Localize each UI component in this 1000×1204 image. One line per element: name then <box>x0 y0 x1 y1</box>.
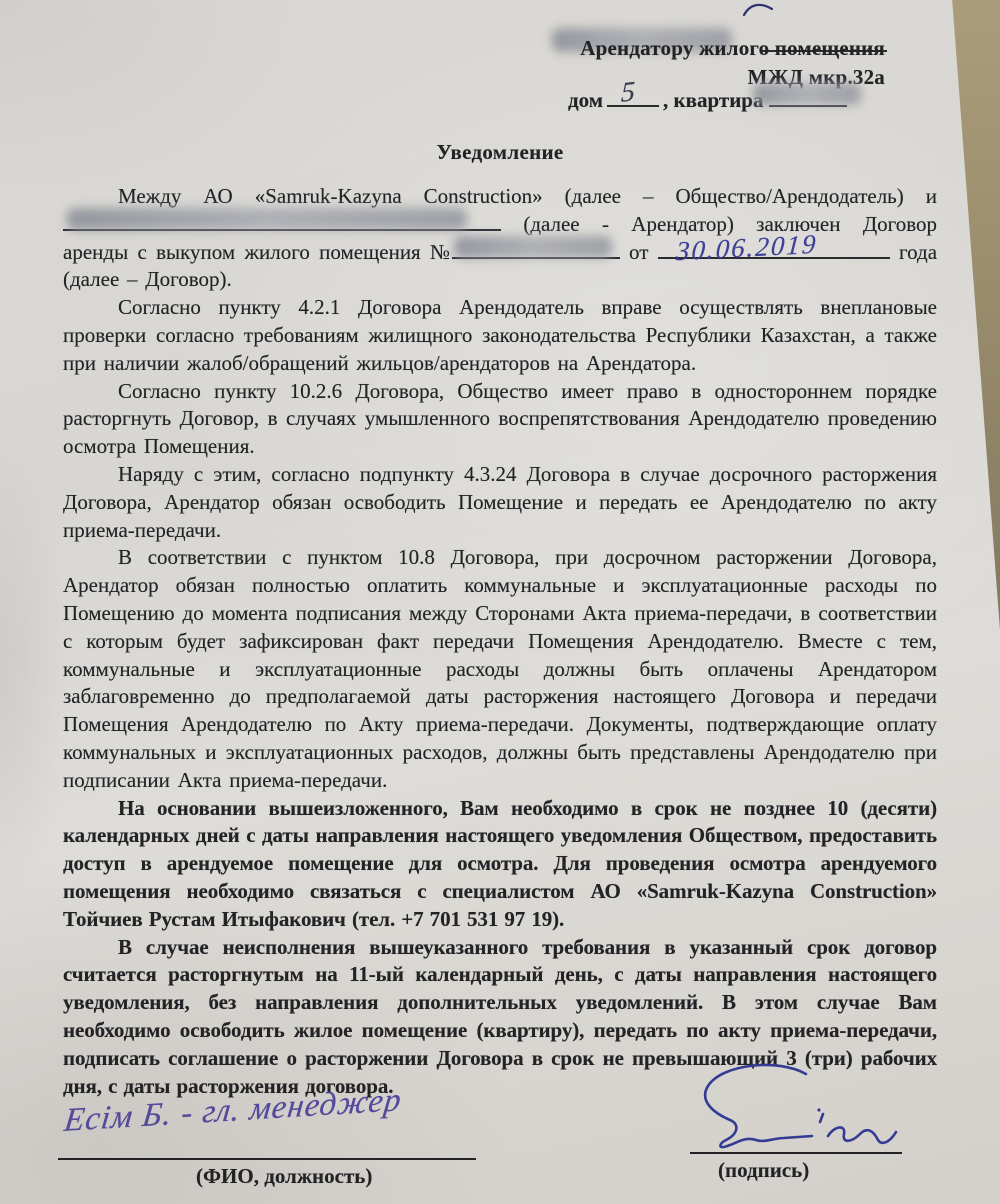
contract-number-blank <box>452 242 620 259</box>
redaction-bar <box>753 83 861 105</box>
pen-tick-icon <box>742 0 776 18</box>
signature-scribble-icon <box>678 1062 904 1154</box>
paragraph-2: Согласно пункту 4.2.1 Договора Арендодат… <box>63 294 937 377</box>
paragraph-1-tail: (далее – Договор). <box>63 267 232 291</box>
signature-block-name: Есім Б. - гл. менеджер (ФИО, должность) <box>56 1082 476 1192</box>
signature-line <box>690 1152 902 1154</box>
house-number-blank: 5 <box>607 89 659 107</box>
house-apartment-line: дом5, квартира <box>568 88 847 116</box>
notice-body: Между АО «Samruk-Kazyna Construction» (д… <box>63 183 937 1100</box>
addressee-line-1: Арендатору жилого помещения <box>580 36 885 61</box>
fio-label: (ФИО, должность) <box>196 1164 372 1189</box>
contract-number-redaction <box>454 236 612 258</box>
tenant-name-redaction <box>67 208 467 230</box>
signature-name-line <box>58 1158 476 1160</box>
table-surface <box>948 0 1000 630</box>
contract-date-blank: 30.06.2019 <box>658 242 890 259</box>
house-word: дом <box>568 88 603 112</box>
notice-title: Уведомление <box>0 140 1000 165</box>
signature-label: (подпись) <box>718 1158 809 1183</box>
paragraph-1-lead: Между АО «Samruk-Kazyna Construction» (д… <box>118 184 937 208</box>
tenant-name-blank <box>63 214 501 231</box>
apartment-blank <box>769 89 847 107</box>
year-word: года <box>899 240 937 264</box>
document-page: Арендатору жилого помещения МЖД мкр.32а … <box>0 0 1000 1204</box>
paragraph-3: Согласно пункту 10.2.6 Договора, Обществ… <box>63 378 937 461</box>
apartment-word: , квартира <box>663 88 763 112</box>
from-word: от <box>629 240 648 264</box>
house-number-handwritten: 5 <box>621 76 636 110</box>
paragraph-6: На основании вышеизложенного, Вам необхо… <box>63 795 937 934</box>
paragraph-5: В соответствии с пунктом 10.8 Договора, … <box>63 544 937 794</box>
paragraph-1: Между АО «Samruk-Kazyna Construction» (д… <box>63 183 937 294</box>
paragraph-4: Наряду с этим, согласно подпункту 4.3.24… <box>63 461 937 544</box>
signature-name-handwritten: Есім Б. - гл. менеджер <box>62 1077 485 1140</box>
signature-block-sign: (подпись) <box>672 1062 912 1187</box>
